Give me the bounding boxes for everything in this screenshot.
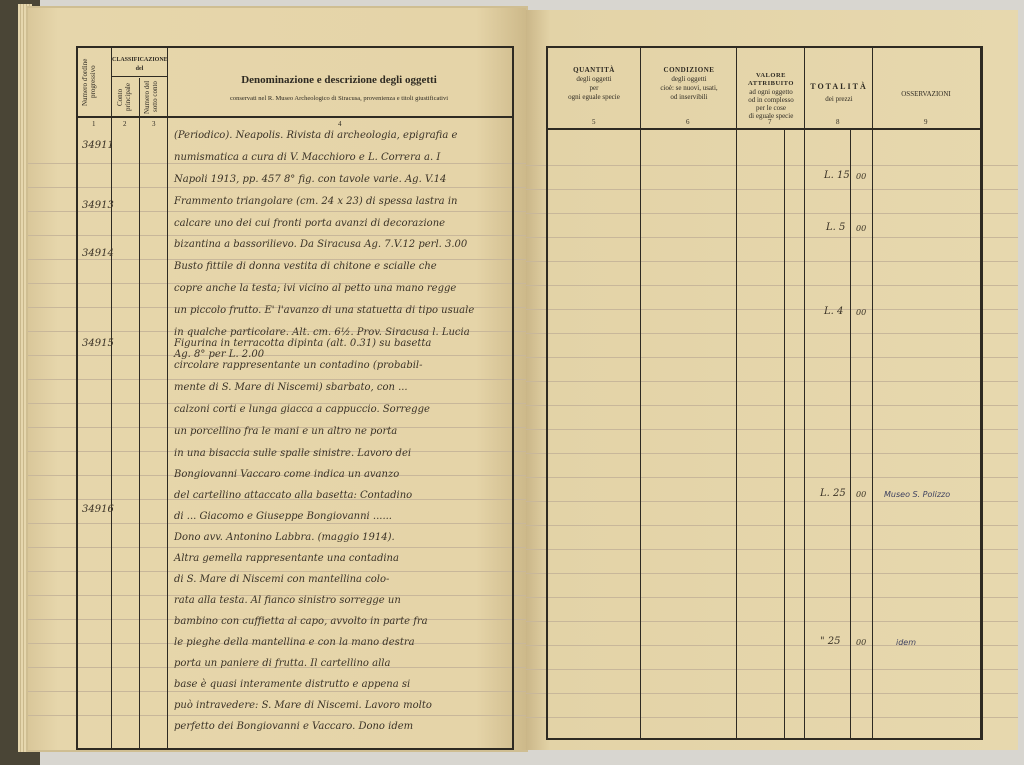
header-col2: Conto principale — [116, 80, 136, 114]
entry-line: Figurina in terracotta dipinta (alt. 0.3… — [174, 338, 431, 349]
price-lire: " 25 — [820, 636, 841, 647]
col9-number: 9 — [924, 118, 928, 126]
description-subtitle: conservati nel R. Museo Archeologico di … — [168, 94, 510, 103]
entry-line: di S. Mare di Niscemi con mantellina col… — [174, 574, 389, 585]
entry-number: 34911 — [82, 140, 114, 151]
col-divider — [804, 48, 805, 738]
col3-number: 3 — [152, 120, 156, 128]
right-page: QUANTITÀ degli oggetti per ogni eguale s… — [526, 10, 1018, 750]
col7-number: 7 — [768, 118, 772, 126]
col5-number: 5 — [592, 118, 596, 126]
header-line: dei prezzi — [806, 95, 872, 104]
entry-line: copre anche la testa; ivi vicino al pett… — [174, 283, 456, 294]
price-lire: L. 15 — [824, 170, 850, 181]
classif-divider — [112, 76, 167, 77]
col-divider-cents — [784, 130, 785, 738]
entry-line: di ... Giacomo e Giuseppe Bongiovanni ..… — [174, 511, 392, 522]
entry-line: perfetto dei Bongiovanni e Vaccaro. Dono… — [174, 721, 413, 732]
col1-number: 1 — [92, 120, 96, 128]
entry-number: 34916 — [82, 504, 114, 515]
description-title: Denominazione e descrizione degli oggett… — [168, 76, 510, 85]
header-line: ogni eguale specie — [548, 93, 640, 102]
col-divider — [139, 78, 140, 748]
header-condition: CONDIZIONE degli oggetti cioè: se nuovi,… — [642, 66, 736, 102]
entry-number: 34915 — [82, 338, 114, 349]
price-cents: 00 — [856, 308, 866, 317]
header-divider — [76, 116, 512, 118]
col2-number: 2 — [123, 120, 127, 128]
entry-line: (Periodico). Neapolis. Rivista di archeo… — [174, 130, 457, 141]
header-line: VALORE ATTRIBUITO — [738, 72, 804, 88]
entry-line: calzoni corti e lunga giacca a cappuccio… — [174, 404, 430, 415]
header-line: od in complesso — [738, 96, 804, 104]
price-cents: 00 — [856, 490, 866, 499]
col-divider — [640, 48, 641, 738]
entry-line: Frammento triangolare (cm. 24 x 23) di s… — [174, 196, 457, 207]
entry-line: porta un paniere di frutta. Il cartellin… — [174, 658, 390, 669]
entry-line: Napoli 1913, pp. 457 8° fig. con tavole … — [174, 174, 446, 185]
entry-line: rata alla testa. Al fianco sinistro sorr… — [174, 595, 401, 606]
header-col1: Numero d'ordine progressivo — [81, 54, 109, 110]
entry-line: un piccolo frutto. E' l'avanzo di una st… — [174, 305, 474, 316]
header-line: cioè: se nuovi, usati, — [642, 84, 736, 93]
entry-line: può intravedere: S. Mare di Niscemi. Lav… — [174, 700, 432, 711]
entry-line: un porcellino fra le mani e un altro ne … — [174, 426, 397, 437]
col-divider — [736, 48, 737, 738]
right-table-frame — [546, 46, 983, 740]
price-lire: L. 5 — [826, 222, 845, 233]
left-page: Numero d'ordine progressivo 1 CLASSIFICA… — [28, 8, 526, 750]
header-line: per — [548, 84, 640, 93]
header-line: TOTALITÀ — [806, 82, 872, 91]
col4-number: 4 — [338, 120, 342, 128]
header-classification: CLASSIFICAZIONE del — [112, 56, 167, 74]
entry-number: 34914 — [82, 248, 114, 259]
header-divider — [546, 128, 981, 130]
entry-line: in qualche particolare. Alt. cm. 6½. Pro… — [174, 327, 470, 338]
col-divider-cents — [850, 130, 851, 738]
header-line: od inservibili — [642, 93, 736, 102]
entry-line: bambino con cuffietta al capo, avvolto i… — [174, 616, 428, 627]
col-divider — [111, 48, 112, 748]
col-divider — [872, 48, 873, 738]
price-lire: L. 4 — [824, 306, 843, 317]
entry-line: bizantina a bassorilievo. Da Siracusa Ag… — [174, 239, 467, 250]
header-line: CONDIZIONE — [642, 66, 736, 75]
entry-line: Altra gemella rappresentante una contadi… — [174, 553, 399, 564]
header-line: degli oggetti — [548, 75, 640, 84]
header-line: QUANTITÀ — [548, 66, 640, 75]
header-quantity: QUANTITÀ degli oggetti per ogni eguale s… — [548, 66, 640, 102]
entry-line: Ag. 8° per L. 2.00 — [174, 349, 264, 360]
entry-line: numismatica a cura di V. Macchioro e L. … — [174, 152, 440, 163]
entry-line: Dono avv. Antonino Labbra. (maggio 1914)… — [174, 532, 395, 543]
price-cents: 00 — [856, 172, 866, 181]
col6-number: 6 — [686, 118, 690, 126]
entry-line: circolare rappresentante un contadino (p… — [174, 360, 423, 371]
entry-line: in una bisaccia sulle spalle sinistre. L… — [174, 448, 411, 459]
price-cents: 00 — [856, 224, 866, 233]
observation-note: Museo S. Polizzo — [884, 490, 950, 499]
header-value: VALORE ATTRIBUITO ad ogni oggetto od in … — [738, 72, 804, 120]
header-totals: TOTALITÀ dei prezzi — [806, 82, 872, 104]
price-lire: L. 25 — [820, 488, 846, 499]
entry-line: Busto fittile di donna vestita di chiton… — [174, 261, 437, 272]
entry-line: le pieghe della mantellina e con la mano… — [174, 637, 415, 648]
entry-line: base è quasi interamente distrutto e app… — [174, 679, 410, 690]
entry-line: calcare uno dei cui fronti porta avanzi … — [174, 218, 445, 229]
header-line: ad ogni oggetto — [738, 88, 804, 96]
header-col3: Numero del sotto conto — [143, 80, 163, 114]
entry-line: mente di S. Mare di Niscemi) sbarbato, c… — [174, 382, 408, 393]
header-line: per le cose — [738, 104, 804, 112]
header-line: degli oggetti — [642, 75, 736, 84]
col8-number: 8 — [836, 118, 840, 126]
price-cents: 00 — [856, 638, 866, 647]
entry-line: del cartellino attaccato alla basetta: C… — [174, 490, 412, 501]
col-divider — [167, 48, 168, 748]
observation-note: idem — [896, 638, 916, 647]
entry-number: 34913 — [82, 200, 114, 211]
entry-line: Bongiovanni Vaccaro come indica un avanz… — [174, 469, 399, 480]
header-observations: OSSERVAZIONI — [874, 90, 978, 99]
